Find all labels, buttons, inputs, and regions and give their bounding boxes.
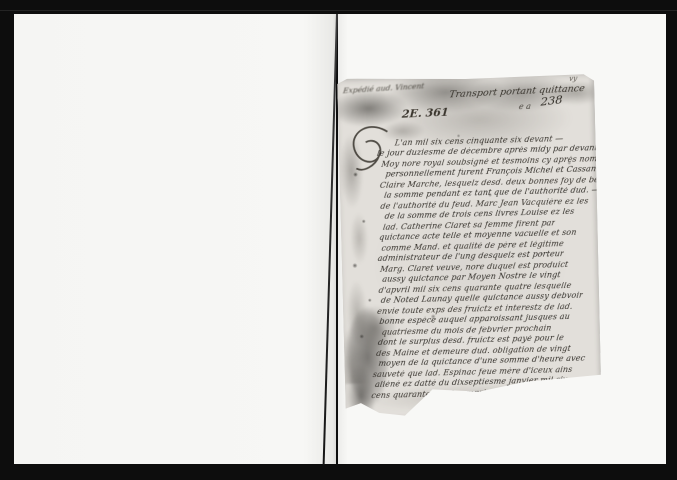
- archival-cote: 2E. 361: [402, 107, 449, 120]
- folio-number: 238: [540, 94, 562, 108]
- scanner-edge-line: [0, 10, 677, 11]
- document-title: Transport portant quittance: [449, 84, 586, 100]
- archive-scan: Expédié aud. Vincent Transport portant q…: [0, 0, 677, 480]
- folio-flourish-mark: e a: [518, 103, 531, 111]
- marginal-note: Expédié aud. Vincent: [343, 82, 425, 94]
- left-blank-page: [14, 14, 336, 464]
- manuscript-leaf: Expédié aud. Vincent Transport portant q…: [337, 72, 603, 419]
- title-flourish-mark: vy: [569, 76, 578, 83]
